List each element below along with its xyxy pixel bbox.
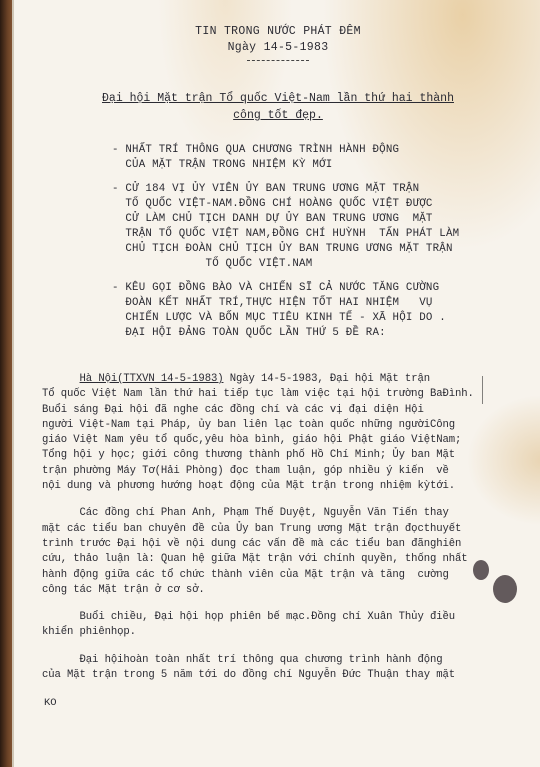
paragraph-line: Đại hộihoàn toàn nhất trí thông qua chươ… xyxy=(42,653,512,668)
paragraph-line: nội dung và phương hướng hoạt động của M… xyxy=(42,479,512,494)
ink-blot xyxy=(473,560,489,580)
margin-pencil-mark xyxy=(482,376,483,404)
headline-line-1: Đại hội Mặt trận Tổ quốc Việt-Nam lần th… xyxy=(102,92,454,105)
paragraph-line: trình trước Đại hội về nội dung các vấn … xyxy=(42,537,512,552)
bullet-line: CHIẾN LƯỢC VÀ BỐN MỤC TIÊU KINH TẾ - XÃ … xyxy=(112,311,492,326)
typewritten-page: TIN TRONG NƯỚC PHÁT ĐÊM Ngày 14-5-1983 Đ… xyxy=(12,0,540,767)
paragraph-line: của Mặt trận trong 5 năm tới do đồng chí… xyxy=(42,668,512,683)
summary-bullet: - NHẤT TRÍ THÔNG QUA CHƯƠNG TRÌNH HÀNH Đ… xyxy=(112,143,492,173)
headline: Đại hội Mặt trận Tổ quốc Việt-Nam lần th… xyxy=(14,90,540,124)
paragraph-line: Buổi sáng Đại hội đã nghe các đồng chí v… xyxy=(42,403,512,418)
header-date: Ngày 14-5-1983 xyxy=(14,40,540,56)
paragraph-line: người Việt-Nam tại Pháp, ủy ban liên lạc… xyxy=(42,418,512,433)
bullet-line: - NHẤT TRÍ THÔNG QUA CHƯƠNG TRÌNH HÀNH Đ… xyxy=(112,143,492,158)
summary-bullet: - KÊU GỌI ĐỒNG BÀO VÀ CHIẾN SĨ CẢ NƯỚC T… xyxy=(112,281,492,341)
dateline: Hà Nội(TTXVN 14-5-1983) xyxy=(80,373,224,385)
bullet-line: ĐOÀN KẾT NHẤT TRÍ,THỰC HIỆN TỐT HAI NHIỆ… xyxy=(112,296,492,311)
paragraph-line: giáo Việt Nam yêu tổ quốc,yêu hòa bình, … xyxy=(42,433,512,448)
headline-line-2: công tốt đẹp. xyxy=(233,109,323,122)
document-header: TIN TRONG NƯỚC PHÁT ĐÊM Ngày 14-5-1983 xyxy=(14,24,540,62)
bullet-line: CỦA MẶT TRẬN TRONG NHIỆM KỲ MỚI xyxy=(112,158,492,173)
paragraph-line: Các đồng chí Phan Anh, Phạm Thế Duyệt, N… xyxy=(42,506,512,521)
summary-bullet: - CỬ 184 VỊ ỦY VIÊN ỦY BAN TRUNG ƯƠNG MẶ… xyxy=(112,182,492,272)
paragraph: Đại hộihoàn toàn nhất trí thông qua chươ… xyxy=(42,653,512,684)
paragraph: Hà Nội(TTXVN 14-5-1983) Ngày 14-5-1983, … xyxy=(42,372,512,494)
paragraph-line: Buổi chiều, Đại hội họp phiên bế mạc.Đồn… xyxy=(42,610,512,625)
bullet-line: CỬ LÀM CHỦ TỊCH DANH DỰ ỦY BAN TRUNG ƯƠN… xyxy=(112,212,492,227)
paragraph: Buổi chiều, Đại hội họp phiên bế mạc.Đồn… xyxy=(42,610,512,641)
paragraph-line: khiển phiênhọp. xyxy=(42,625,512,640)
paragraph-line: cứu, thảo luận là: Quan hệ giữa Mặt trận… xyxy=(42,552,512,567)
summary-bullets: - NHẤT TRÍ THÔNG QUA CHƯƠNG TRÌNH HÀNH Đ… xyxy=(112,143,492,350)
header-title: TIN TRONG NƯỚC PHÁT ĐÊM xyxy=(14,24,540,40)
bullet-line: CHỦ TỊCH ĐOÀN CHỦ TỊCH ỦY BAN TRUNG ƯƠNG… xyxy=(112,242,492,257)
paragraph: Các đồng chí Phan Anh, Phạm Thế Duyệt, N… xyxy=(42,506,512,598)
header-divider xyxy=(247,60,309,62)
paragraph-line: trận phường Máy Tơ(Hải Phòng) đọc tham l… xyxy=(42,464,512,479)
paragraph-line: hành động giữa các tổ chức thành viên củ… xyxy=(42,568,512,583)
paragraph-text: Ngày 14-5-1983, Đại hội Mặt trận xyxy=(223,373,430,385)
bullet-line: TỔ QUỐC VIỆT-NAM.ĐỒNG CHÍ HOÀNG QUỐC VIỆ… xyxy=(112,197,492,212)
paragraph-line: Tổ quốc Việt Nam lần thứ hai tiếp tục là… xyxy=(42,387,512,402)
ink-blot xyxy=(493,575,517,603)
bullet-line: TỔ QUỐC VIỆT.NAM xyxy=(112,257,492,272)
paragraph-line: Tổng hội y học; giới công thương thành p… xyxy=(42,448,512,463)
article-body: Hà Nội(TTXVN 14-5-1983) Ngày 14-5-1983, … xyxy=(42,372,512,695)
paragraph-line: mặt các tiểu ban chuyên đề của Ủy ban Tr… xyxy=(42,522,512,537)
paragraph-line: công tác Mặt trận ở cơ sở. xyxy=(42,583,512,598)
bullet-line: ĐẠI HỘI ĐẢNG TOÀN QUỐC LẦN THỨ 5 ĐỀ RA: xyxy=(112,326,492,341)
paragraph-line: Hà Nội(TTXVN 14-5-1983) Ngày 14-5-1983, … xyxy=(42,372,512,387)
bullet-line: - CỬ 184 VỊ ỦY VIÊN ỦY BAN TRUNG ƯƠNG MẶ… xyxy=(112,182,492,197)
typist-initials: KO xyxy=(44,697,57,709)
bullet-line: TRẬN TỔ QUỐC VIỆT NAM,ĐỒNG CHÍ HUỲNH TẤN… xyxy=(112,227,492,242)
bullet-line: - KÊU GỌI ĐỒNG BÀO VÀ CHIẾN SĨ CẢ NƯỚC T… xyxy=(112,281,492,296)
